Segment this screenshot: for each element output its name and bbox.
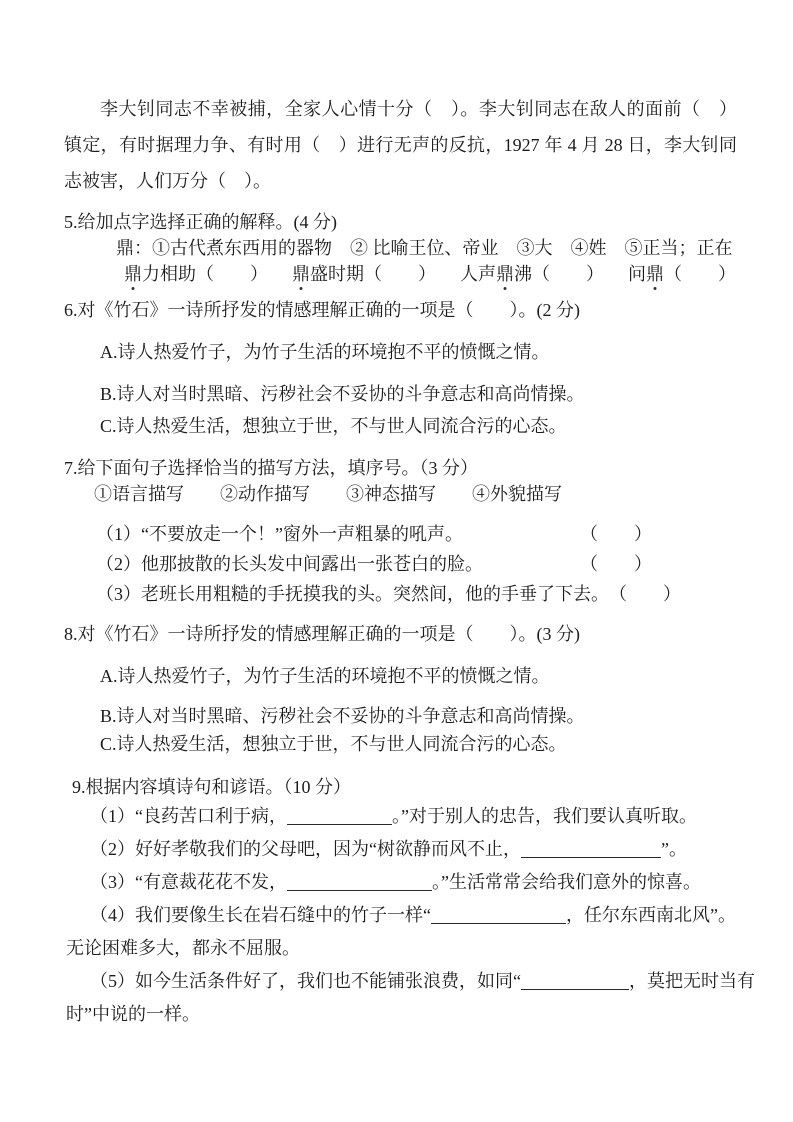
question-7: 7.给下面句子选择恰当的描写方法，填序号。（3 分） ①语言描写 ②动作描写 ③… bbox=[64, 455, 737, 607]
q9-item-4-line-2: 无论困难多大，都永不屈服。 bbox=[64, 932, 737, 965]
q5-phrase-4: 问鼎（ ） bbox=[628, 261, 736, 287]
q9-text-after-blank: 。”生活常常会给我们意外的惊喜。 bbox=[432, 872, 701, 892]
q9-item-4-line-1: （4）我们要像生长在岩石缝中的竹子一样“，任尔东西南北风”。 bbox=[64, 899, 737, 932]
answer-paren: （ ） bbox=[580, 521, 652, 547]
q5-phrases-line: 鼎力相助（ ） 鼎盛时期（ ） 人声鼎沸（ ） 问鼎（ ） bbox=[64, 261, 737, 287]
phrase-rest: （ ） bbox=[664, 264, 736, 284]
q9-text-before-blank: （5）如今生活条件好了，我们也不能铺张浪费，如同“ bbox=[90, 971, 521, 991]
q6-heading: 6.对《竹石》一诗所抒发的情感理解正确的一项是（ ）。(2 分) bbox=[64, 297, 737, 323]
q9-text-after-blank: ，任尔东西南北风”。 bbox=[566, 905, 736, 925]
intro-cloze-paragraph: 李大钊同志不幸被捕，全家人心情十分（ ）。李大钊同志在敌人的面前（ ）镇定，有时… bbox=[64, 91, 737, 199]
q5-phrase-2: 鼎盛时期（ ） bbox=[292, 261, 436, 287]
phrase-pre: 问 bbox=[628, 264, 646, 284]
q9-item-1-line: （1）“良药苦口利于病，。”对于别人的忠告，我们要认真听取。 bbox=[64, 800, 737, 833]
phrase-rest: 盛时期（ ） bbox=[310, 264, 436, 284]
q8-heading: 8.对《竹石》一诗所抒发的情感理解正确的一项是（ ）。(3 分) bbox=[64, 621, 737, 647]
q7-item-text: （1）“不要放走一个！”窗外一声粗暴的吼声。 bbox=[96, 521, 463, 547]
dotted-char: 鼎 bbox=[646, 261, 664, 287]
answer-blank bbox=[521, 841, 661, 858]
answer-blank bbox=[431, 907, 566, 924]
exam-page: 李大钊同志不幸被捕，全家人心情十分（ ）。李大钊同志在敌人的面前（ ）镇定，有时… bbox=[0, 0, 793, 1122]
q9-item-2: （2）好好孝敬我们的父母吧，因为“树欲静而风不止，”。 bbox=[64, 833, 737, 866]
answer-paren: （ ） bbox=[609, 581, 681, 607]
q8-option-b: B.诗人对当时黑暗、污秽社会不妥协的斗争意志和高尚情操。 bbox=[64, 703, 737, 729]
answer-blank bbox=[287, 808, 392, 825]
question-8: 8.对《竹石》一诗所抒发的情感理解正确的一项是（ ）。(3 分) A.诗人热爱竹… bbox=[64, 621, 737, 757]
q9-heading: 9.根据内容填诗句和谚语。（10 分） bbox=[64, 774, 737, 800]
q9-text-before-blank: （4）我们要像生长在岩石缝中的竹子一样“ bbox=[90, 905, 431, 925]
q7-heading: 7.给下面句子选择恰当的描写方法，填序号。（3 分） bbox=[64, 455, 737, 481]
q9-text-after-blank: ”。 bbox=[661, 839, 687, 859]
q7-item-2: （2）他那披散的长头发中间露出一张苍白的脸。 （ ） bbox=[64, 551, 737, 577]
q9-text-after-blank: 。”对于别人的忠告，我们要认真听取。 bbox=[392, 806, 697, 826]
q7-method-choices: ①语言描写 ②动作描写 ③神态描写 ④外貌描写 bbox=[64, 481, 737, 507]
q7-item-text: （2）他那披散的长头发中间露出一张苍白的脸。 bbox=[96, 551, 483, 577]
q9-text-after-blank: ，莫把无时当有 bbox=[629, 971, 755, 991]
dotted-char: 鼎 bbox=[496, 261, 514, 287]
q5-definition-line: 鼎：①古代煮东西用的器物 ② 比喻王位、帝业 ③大 ④姓 ⑤正当；正在 bbox=[64, 235, 737, 261]
q9-item-1: （1）“良药苦口利于病，。”对于别人的忠告，我们要认真听取。 bbox=[64, 800, 737, 833]
q6-option-c: C.诗人热爱生活，想独立于世，不与世人同流合污的心态。 bbox=[64, 413, 737, 439]
q5-phrase-3: 人声鼎沸（ ） bbox=[460, 261, 604, 287]
q9-item-5-line-1: （5）如今生活条件好了，我们也不能铺张浪费，如同“，莫把无时当有 bbox=[64, 965, 737, 998]
question-9: 9.根据内容填诗句和谚语。（10 分） （1）“良药苦口利于病，。”对于别人的忠… bbox=[64, 774, 737, 1031]
q6-option-a: A.诗人热爱竹子，为竹子生活的环境抱不平的愤慨之情。 bbox=[64, 339, 737, 365]
q6-option-b: B.诗人对当时黑暗、污秽社会不妥协的斗争意志和高尚情操。 bbox=[64, 381, 737, 407]
phrase-rest: 力相助（ ） bbox=[142, 264, 268, 284]
q9-item-5: （5）如今生活条件好了，我们也不能铺张浪费，如同“，莫把无时当有 时”中说的一样… bbox=[64, 965, 737, 1031]
answer-blank bbox=[287, 874, 432, 891]
q8-option-c: C.诗人热爱生活，想独立于世，不与世人同流合污的心态。 bbox=[64, 731, 737, 757]
q5-heading: 5.给加点字选择正确的解释。(4 分) bbox=[64, 209, 737, 235]
answer-paren: （ ） bbox=[580, 551, 652, 577]
dotted-char: 鼎 bbox=[124, 261, 142, 287]
q9-item-3: （3）“有意裁花花不发，。”生活常常会给我们意外的惊喜。 bbox=[64, 866, 737, 899]
phrase-rest: 沸（ ） bbox=[514, 264, 604, 284]
dotted-char: 鼎 bbox=[292, 261, 310, 287]
q5-phrase-1: 鼎力相助（ ） bbox=[124, 261, 268, 287]
q9-item-2-line: （2）好好孝敬我们的父母吧，因为“树欲静而风不止，”。 bbox=[64, 833, 737, 866]
phrase-pre: 人声 bbox=[460, 264, 496, 284]
q9-text-before-blank: （2）好好孝敬我们的父母吧，因为“树欲静而风不止， bbox=[90, 839, 521, 859]
q9-item-3-line: （3）“有意裁花花不发，。”生活常常会给我们意外的惊喜。 bbox=[64, 866, 737, 899]
q9-text-before-blank: （3）“有意裁花花不发， bbox=[90, 872, 287, 892]
question-6: 6.对《竹石》一诗所抒发的情感理解正确的一项是（ ）。(2 分) A.诗人热爱竹… bbox=[64, 297, 737, 439]
q8-option-a: A.诗人热爱竹子，为竹子生活的环境抱不平的愤慨之情。 bbox=[64, 663, 737, 689]
q7-item-text: （3）老班长用粗糙的手抚摸我的头。突然间，他的手垂了下去。 bbox=[96, 581, 609, 607]
answer-blank bbox=[521, 973, 629, 990]
q7-item-1: （1）“不要放走一个！”窗外一声粗暴的吼声。 （ ） bbox=[64, 521, 737, 547]
question-5: 5.给加点字选择正确的解释。(4 分) 鼎：①古代煮东西用的器物 ② 比喻王位、… bbox=[64, 209, 737, 287]
q9-text-before-blank: （1）“良药苦口利于病， bbox=[90, 806, 287, 826]
q9-item-4: （4）我们要像生长在岩石缝中的竹子一样“，任尔东西南北风”。 无论困难多大，都永… bbox=[64, 899, 737, 965]
q7-item-3: （3）老班长用粗糙的手抚摸我的头。突然间，他的手垂了下去。 （ ） bbox=[64, 581, 737, 607]
q9-item-5-line-2: 时”中说的一样。 bbox=[64, 998, 737, 1031]
